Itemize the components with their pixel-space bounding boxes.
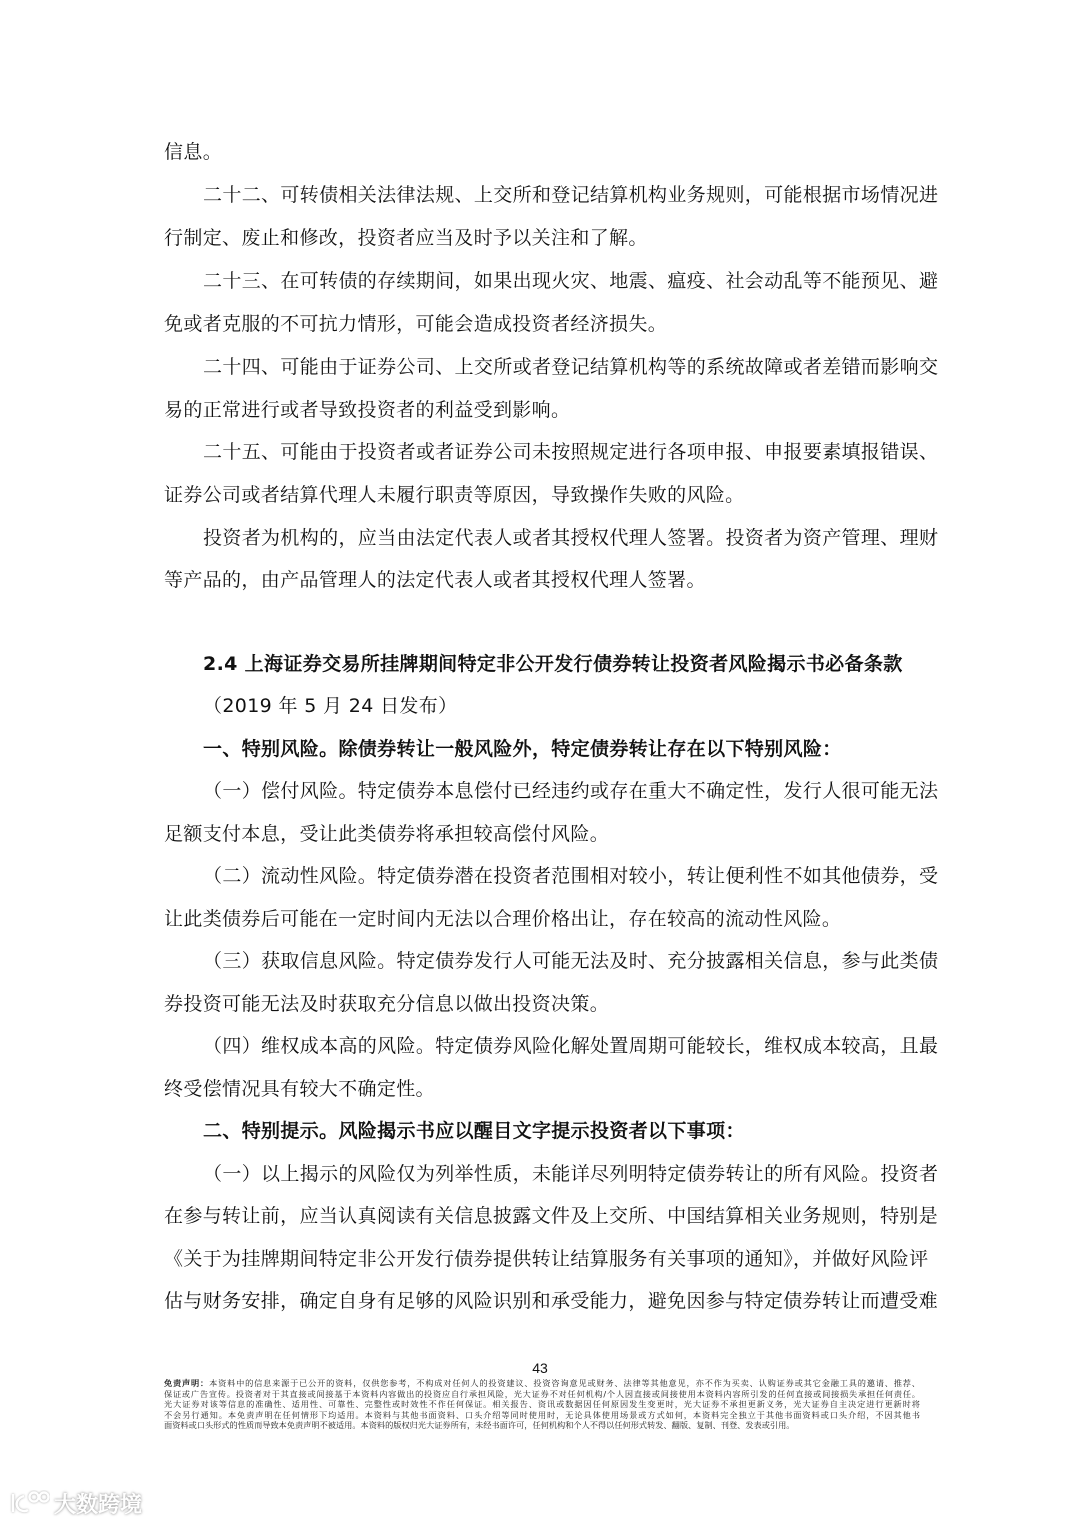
text-line: （三）获取信息风险。特定债券发行人可能无法及时、充分披露相关信息，参与此类债 bbox=[203, 949, 920, 973]
text-line: （一）以上揭示的风险仅为列举性质，未能详尽列明特定债券转让的所有风险。投资者 bbox=[203, 1162, 920, 1186]
section-date-note: （2019 年 5 月 24 日发布） bbox=[203, 694, 920, 718]
watermark-text: 大数跨境 bbox=[54, 1488, 142, 1519]
text-line: （四）维权成本高的风险。特定债券风险化解处置周期可能较长，维权成本较高，且最 bbox=[203, 1034, 920, 1058]
disclaimer-line-5: 面资料或口头形式的性质而导致本免责声明不被适用。本资料的版权归光大证券所有，未经… bbox=[164, 1420, 920, 1431]
page-number: 43 bbox=[0, 1360, 1080, 1376]
text-line: 《关于为挂牌期间特定非公开发行债券提供转让结算服务有关事项的通知》，并做好风险评 bbox=[164, 1247, 920, 1271]
text-line: 券投资可能无法及时获取充分信息以做出投资决策。 bbox=[164, 992, 920, 1016]
k100-logo-icon bbox=[8, 1490, 50, 1516]
text-line: 等产品的，由产品管理人的法定代表人或者其授权代理人签署。 bbox=[164, 568, 920, 592]
disclaimer-line-2: 保证或广告宣传。投资者对于其直接或间接基于本资料内容做出的投资应自行承担风险，光… bbox=[164, 1389, 920, 1400]
text-line: 让此类债券后可能在一定时间内无法以合理价格出让，存在较高的流动性风险。 bbox=[164, 907, 920, 931]
text-line: （二）流动性风险。特定债券潜在投资者范围相对较小，转让便利性不如其他债券，受 bbox=[203, 864, 920, 888]
watermark: 大数跨境 bbox=[8, 1488, 142, 1518]
document-page: 信息。二十二、可转债相关法律法规、上交所和登记结算机构业务规则，可能根据市场情况… bbox=[0, 0, 1080, 1528]
text-line: 终受偿情况具有较大不确定性。 bbox=[164, 1077, 920, 1101]
text-line: 在参与转让前，应当认真阅读有关信息披露文件及上交所、中国结算相关业务规则，特别是 bbox=[164, 1204, 920, 1228]
disclaimer-line-3: 光大证券对该等信息的准确性、适用性、可靠性、完整性或时效性不作任何保证。相关报告… bbox=[164, 1399, 920, 1410]
disclaimer-line-1: 免责声明：本资料中的信息来源于已公开的资料，仅供您参考，不构成对任何人的投资建议… bbox=[164, 1378, 920, 1389]
text-line: （一）偿付风险。特定债券本息偿付已经违约或存在重大不确定性，发行人很可能无法 bbox=[203, 779, 920, 803]
disclaimer-label: 免责声明： bbox=[164, 1378, 209, 1388]
text-line: 易的正常进行或者导致投资者的利益受到影响。 bbox=[164, 398, 920, 422]
text-line: 信息。 bbox=[164, 140, 920, 164]
text-line: 二十三、在可转债的存续期间，如果出现火灾、地震、瘟疫、社会动乱等不能预见、避 bbox=[203, 269, 920, 293]
text-line: 足额支付本息，受让此类债券将承担较高偿付风险。 bbox=[164, 822, 920, 846]
section-heading: 2.4 上海证券交易所挂牌期间特定非公开发行债券转让投资者风险揭示书必备条款 bbox=[203, 652, 920, 676]
disclaimer-line-4: 不会另行通知。本免责声明在任何情形下均适用。本资料与其他书面资料、口头介绍等同时… bbox=[164, 1410, 920, 1421]
text-line: 免或者克服的不可抗力情形，可能会造成投资者经济损失。 bbox=[164, 312, 920, 336]
text-line: 二十四、可能由于证券公司、上交所或者登记结算机构等的系统故障或者差错而影响交 bbox=[203, 355, 920, 379]
text-line: 二十二、可转债相关法律法规、上交所和登记结算机构业务规则，可能根据市场情况进 bbox=[203, 183, 920, 207]
text-line: 一、特别风险。除债券转让一般风险外，特定债券转让存在以下特别风险： bbox=[203, 737, 920, 761]
text-line: 证券公司或者结算代理人未履行职责等原因，导致操作失败的风险。 bbox=[164, 483, 920, 507]
disclaimer: 免责声明：本资料中的信息来源于已公开的资料，仅供您参考，不构成对任何人的投资建议… bbox=[164, 1378, 920, 1431]
text-line: 投资者为机构的，应当由法定代表人或者其授权代理人签署。投资者为资产管理、理财 bbox=[203, 526, 920, 550]
text-line: 二、特别提示。风险揭示书应以醒目文字提示投资者以下事项： bbox=[203, 1119, 920, 1143]
text-line: 估与财务安排，确定自身有足够的风险识别和承受能力，避免因参与特定债券转让而遭受难 bbox=[164, 1289, 920, 1313]
text-line: 行制定、废止和修改，投资者应当及时予以关注和了解。 bbox=[164, 226, 920, 250]
text-line: 二十五、可能由于投资者或者证券公司未按照规定进行各项申报、申报要素填报错误、 bbox=[203, 440, 920, 464]
